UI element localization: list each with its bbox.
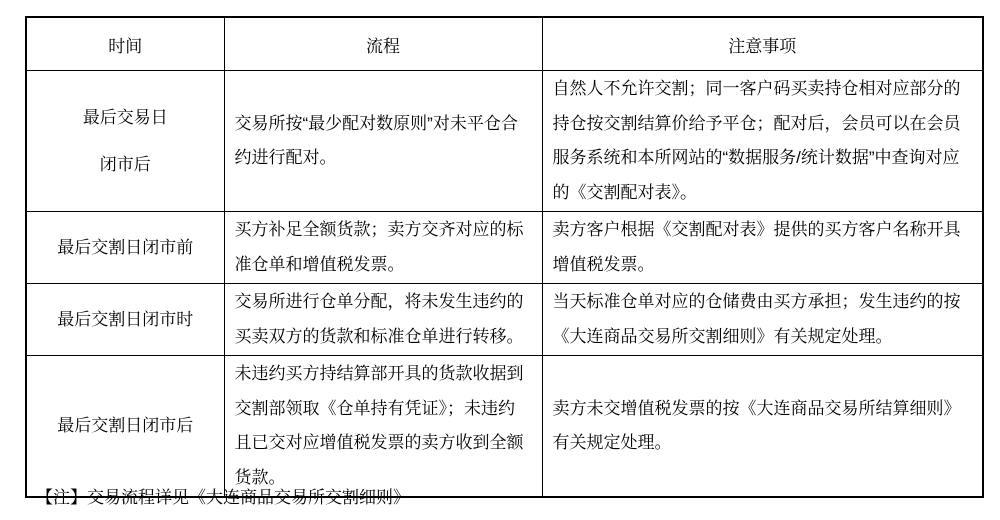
process-cell: 未违约买方持结算部开具的货款收据到交割部领取《仓单持有凭证》；未违约且已交对应增… — [224, 356, 542, 498]
table-row: 最后交易日 闭市后 交易所按“最少配对数原则”对未平仓合约进行配对。 自然人不允… — [26, 71, 983, 212]
document-page: 时间 流程 注意事项 最后交易日 闭市后 交易所按“最少配对数原则”对未平仓合约… — [0, 0, 1000, 520]
notes-text: 自然人不允许交割；同一客户码买卖持仓相对应部分的持仓按交割结算价给予平仓；配对后… — [543, 71, 983, 211]
notes-cell: 卖方未交增值税发票的按《大连商品交易所结算细则》有关规定处理。 — [542, 356, 983, 498]
column-header-notes: 注意事项 — [542, 17, 983, 71]
process-text: 交易所进行仓单分配，将未发生违约的买卖双方的货款和标准仓单进行转移。 — [225, 284, 542, 355]
time-cell: 最后交割日闭市后 — [26, 356, 224, 498]
process-text: 未违约买方持结算部开具的货款收据到交割部领取《仓单持有凭证》；未违约且已交对应增… — [225, 356, 542, 496]
delivery-schedule-table: 时间 流程 注意事项 最后交易日 闭市后 交易所按“最少配对数原则”对未平仓合约… — [25, 16, 984, 498]
time-cell: 最后交易日 闭市后 — [26, 71, 224, 212]
time-line: 最后交割日闭市时 — [27, 303, 224, 337]
process-cell: 交易所按“最少配对数原则”对未平仓合约进行配对。 — [224, 71, 542, 212]
notes-text: 当天标准仓单对应的仓储费由买方承担；发生违约的按《大连商品交易所交割细则》有关规… — [543, 284, 983, 355]
time-line: 最后交割日闭市后 — [27, 409, 224, 443]
table-row: 最后交割日闭市后 未违约买方持结算部开具的货款收据到交割部领取《仓单持有凭证》；… — [26, 356, 983, 498]
column-header-process: 流程 — [224, 17, 542, 71]
time-line: 闭市后 — [100, 148, 151, 182]
process-cell: 买方补足全额货款；卖方交齐对应的标准仓单和增值税发票。 — [224, 212, 542, 284]
notes-text: 卖方客户根据《交割配对表》提供的买方客户名称开具增值税发票。 — [543, 212, 983, 283]
notes-text: 卖方未交增值税发票的按《大连商品交易所结算细则》有关规定处理。 — [543, 391, 983, 462]
process-text: 交易所按“最少配对数原则”对未平仓合约进行配对。 — [225, 106, 542, 177]
table-row: 最后交割日闭市时 交易所进行仓单分配，将未发生违约的买卖双方的货款和标准仓单进行… — [26, 284, 983, 356]
time-line: 最后交割日闭市前 — [27, 231, 224, 265]
column-header-time: 时间 — [26, 17, 224, 71]
time-line: 最后交易日 — [83, 101, 168, 135]
process-text: 买方补足全额货款；卖方交齐对应的标准仓单和增值税发票。 — [225, 212, 542, 283]
notes-cell: 自然人不允许交割；同一客户码买卖持仓相对应部分的持仓按交割结算价给予平仓；配对后… — [542, 71, 983, 212]
notes-cell: 当天标准仓单对应的仓储费由买方承担；发生违约的按《大连商品交易所交割细则》有关规… — [542, 284, 983, 356]
time-text: 最后交易日 闭市后 — [27, 101, 224, 182]
footnote: 【注】交易流程详见《大连商品交易所交割细则》 — [36, 487, 410, 509]
time-cell: 最后交割日闭市时 — [26, 284, 224, 356]
process-cell: 交易所进行仓单分配，将未发生违约的买卖双方的货款和标准仓单进行转移。 — [224, 284, 542, 356]
table-row: 最后交割日闭市前 买方补足全额货款；卖方交齐对应的标准仓单和增值税发票。 卖方客… — [26, 212, 983, 284]
table-header-row: 时间 流程 注意事项 — [26, 17, 983, 71]
notes-cell: 卖方客户根据《交割配对表》提供的买方客户名称开具增值税发票。 — [542, 212, 983, 284]
time-cell: 最后交割日闭市前 — [26, 212, 224, 284]
